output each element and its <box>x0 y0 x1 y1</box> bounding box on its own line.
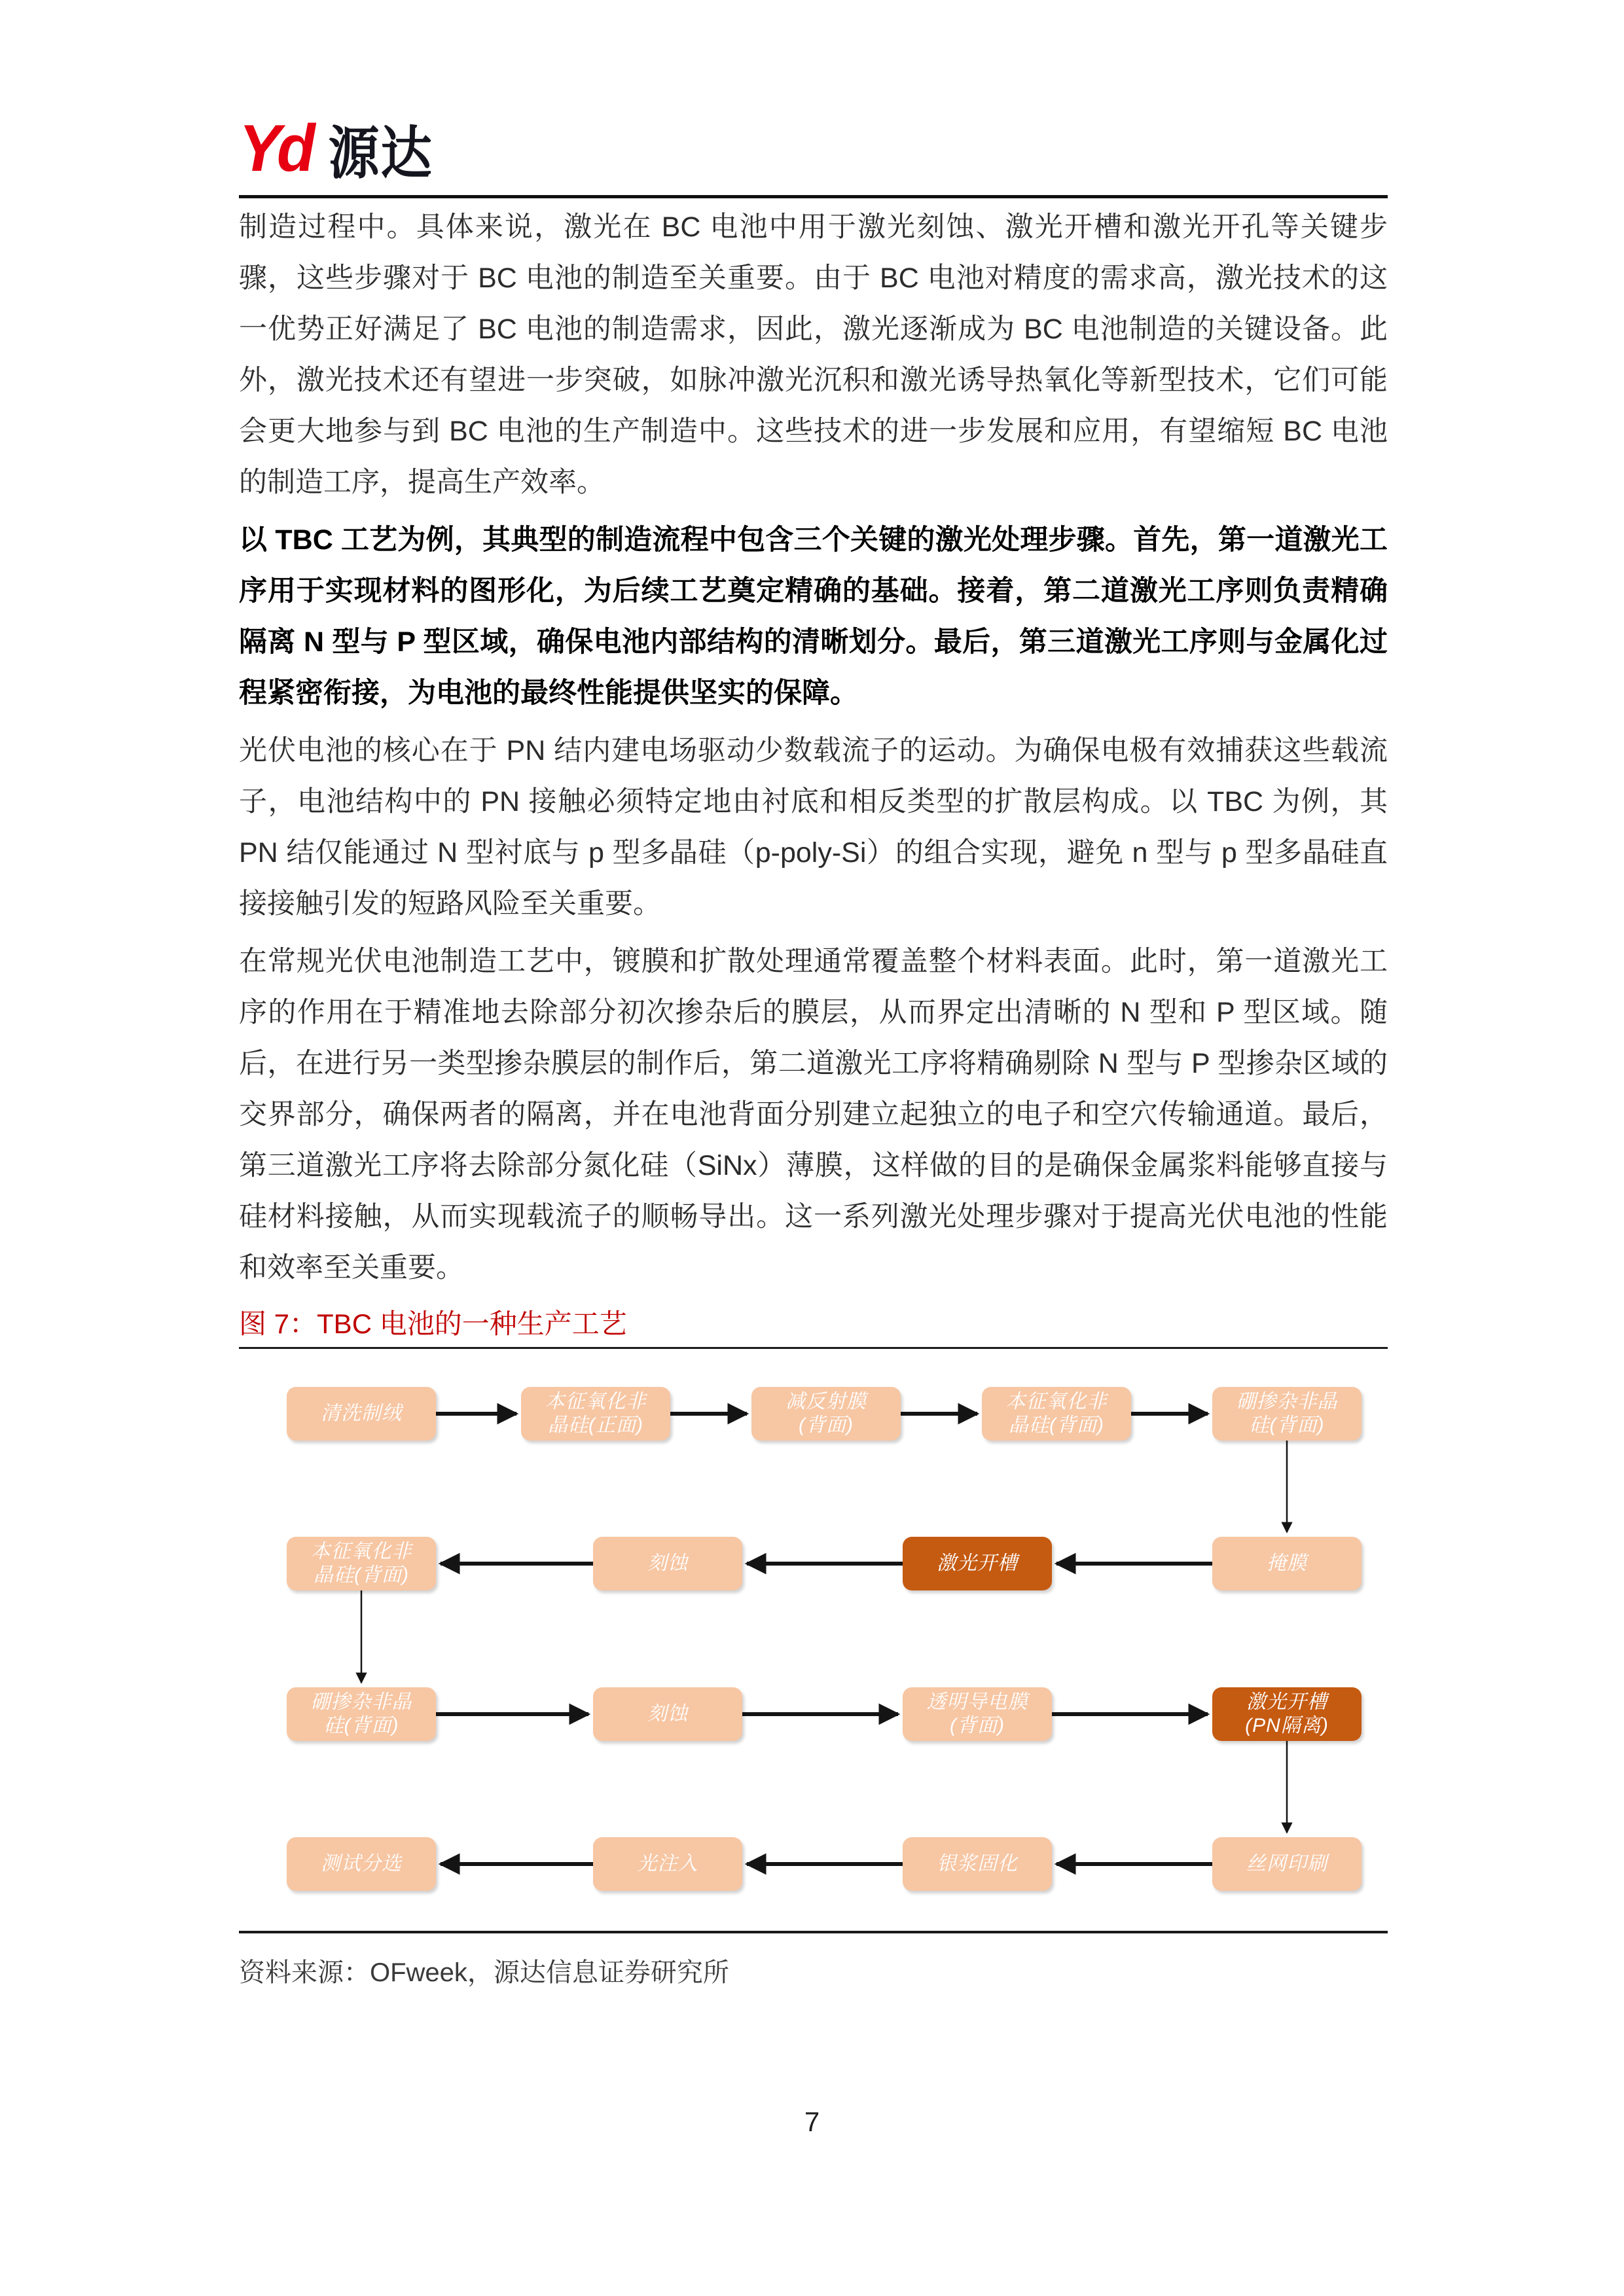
paragraph-pn-junction: 光伏电池的核心在于 PN 结内建电场驱动少数载流子的运动。为确保电极有效捕获这些… <box>239 725 1388 929</box>
node-etching-1: 刻蚀 <box>593 1537 742 1590</box>
node-laser-grooving: 激光开槽 <box>903 1537 1052 1590</box>
logo-company-name: 源达 <box>329 125 433 182</box>
node-intrinsic-oxide-asi-front: 本征氧化非 晶硅(正面) <box>521 1387 670 1441</box>
figure-source: 资料来源：OFweek，源达信息证券研究所 <box>239 1952 729 1989</box>
paragraph-process-detail: 在常规光伏电池制造工艺中，镀膜和扩散处理通常覆盖整个材料表面。此时，第一道激光工… <box>239 936 1388 1293</box>
node-light-injection: 光注入 <box>593 1837 742 1891</box>
company-logo: Yd 源达 <box>239 122 433 182</box>
node-screen-printing: 丝网印刷 <box>1212 1837 1362 1891</box>
body-text: 制造过程中。具体来说，激光在 BC 电池中用于激光刻蚀、激光开槽和激光开孔等关键… <box>239 202 1388 1300</box>
node-etching-2: 刻蚀 <box>593 1687 742 1741</box>
node-boron-doped-asi-back: 硼掺杂非晶 硅(背面) <box>1212 1387 1362 1441</box>
node-transparent-conductive-film-back: 透明导电膜 (背面) <box>903 1687 1052 1741</box>
node-silver-paste-curing: 银浆固化 <box>903 1837 1052 1891</box>
page-number: 7 <box>0 2106 1624 2138</box>
node-anti-reflection-film-back: 减反射膜 (背面) <box>751 1387 901 1441</box>
node-intrinsic-oxide-asi-back: 本征氧化非 晶硅(背面) <box>982 1387 1131 1441</box>
figure-bottom-divider <box>239 1931 1388 1933</box>
node-testing-sorting: 测试分选 <box>287 1837 436 1891</box>
figure-title: 图 7：TBC 电池的一种生产工艺 <box>239 1309 1388 1339</box>
paragraph-laser-steps: 以 TBC 工艺为例，其典型的制造流程中包含三个关键的激光处理步骤。首先，第一道… <box>239 514 1388 719</box>
node-masking: 掩膜 <box>1212 1537 1362 1590</box>
logo-yd-mark: Yd <box>239 116 312 182</box>
report-page: Yd 源达 制造过程中。具体来说，激光在 BC 电池中用于激光刻蚀、激光开槽和激… <box>0 0 1624 2296</box>
node-boron-doped-asi-back-2: 硼掺杂非晶 硅(背面) <box>287 1687 436 1741</box>
node-intrinsic-oxide-asi-back-2: 本征氧化非 晶硅(背面) <box>287 1537 436 1590</box>
node-laser-grooving-pn-isolation: 激光开槽 (PN隔离) <box>1212 1687 1362 1741</box>
node-cleaning-texturing: 清洗制绒 <box>287 1387 436 1441</box>
paragraph-intro: 制造过程中。具体来说，激光在 BC 电池中用于激光刻蚀、激光开槽和激光开孔等关键… <box>239 202 1388 508</box>
header-divider <box>239 195 1388 198</box>
figure-7: 图 7：TBC 电池的一种生产工艺 <box>239 1309 1388 1349</box>
tbc-process-flowchart: 清洗制绒 本征氧化非 晶硅(正面) 减反射膜 (背面) 本征氧化非 晶硅(背面)… <box>239 1348 1388 1931</box>
